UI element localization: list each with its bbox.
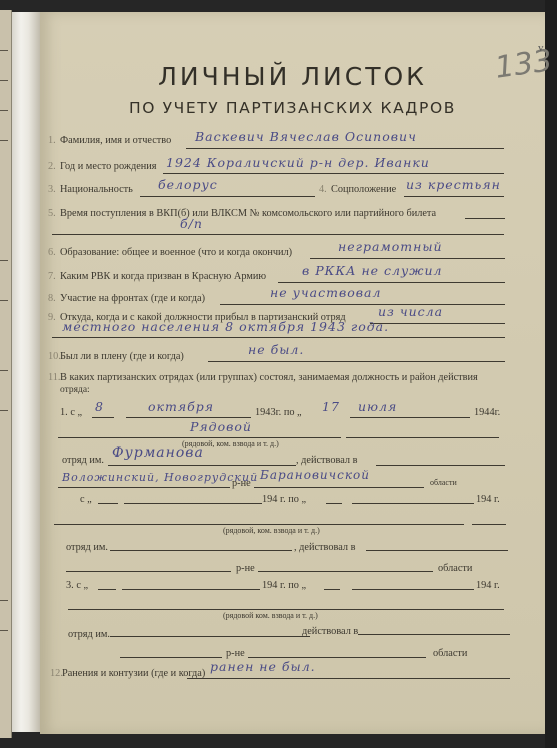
field-nationality-value[interactable]: белорус [158,177,218,192]
unit-3-position-hint: (рядовой ком. взвода и т. д.) [223,611,318,620]
field-arrival-line-1 [370,323,505,324]
unit-3-from-month-line [122,589,260,590]
unit-1-from-year: 1943г. по „ [255,407,302,418]
unit-3-from-year: 194 г. по „ [262,580,306,591]
field-education-line [310,258,505,259]
field-units-label-2: отряда: [60,385,90,395]
unit-1-region-label: области [430,478,457,487]
field-fronts-line [220,304,505,305]
unit-2-district-line [66,571,231,572]
unit-2-to-day-line [326,503,342,504]
unit-1-position-line-2 [346,437,499,438]
unit-1-unit-line [108,465,296,466]
field-conscription-line [278,282,505,283]
unit-2-from-year: 194 г. по „ [262,494,306,505]
unit-3-to-day-line [324,589,340,590]
field-birth-value[interactable]: 1924 Кораличский р-н дер. Иванки [166,155,430,170]
field-wounds-line [187,678,510,679]
document-subtitle: ПО УЧЕТУ ПАРТИЗАНСКИХ КАДРОВ [40,99,545,117]
field-nationality-line [140,196,315,197]
unit-3-region-line [248,657,426,658]
unit-3-district-label: р-не [226,648,245,659]
field-social-label: 4.Соцположение [319,184,396,195]
page-binding [12,12,42,732]
unit-1-unit-name[interactable]: Фурманова [112,445,204,461]
field-conscription-value[interactable]: в РККА не служил [302,263,442,278]
unit-3-from: 3. с „ [66,580,88,591]
field-birth-line [163,173,504,174]
unit-1-from-day-line [92,417,114,418]
unit-2-acted-label: , действовал в [294,542,355,553]
unit-1-from-day[interactable]: 8 [95,399,104,414]
scan-right-edge [545,0,557,748]
unit-1-region-line [254,487,424,488]
field-captivity-line [208,361,505,362]
unit-3-position-line [68,609,504,610]
unit-1-district[interactable]: Воложинский, Новогрудский [62,471,258,484]
unit-1-to-month-line [350,417,470,418]
field-arrival-value-2[interactable]: местного населения 8 октября 1943 года. [62,319,389,334]
field-wounds-label: 12.Ранения и контузии (где и когда) [50,668,205,679]
field-captivity-label: 10.Был ли в плену (где и когда) [48,351,184,362]
field-nationality-label: 3.Национальность [48,184,133,195]
unit-3-district-line [120,657,222,658]
field-social-line [404,196,504,197]
unit-2-region-label: области [438,563,472,574]
field-party-value[interactable]: б/п [180,216,203,231]
unit-2-district-label: р-не [236,563,255,574]
check-mark: v [538,42,544,54]
unit-2-to-year: 194 г. [476,494,500,505]
unit-1-unit-label: отряд им. [62,455,104,466]
unit-2-from-day-line [98,503,118,504]
unit-1-district-label: р-не [232,478,251,489]
unit-2-from: с „ [80,494,92,505]
unit-3-from-day-line [98,589,116,590]
field-education-label: 6.Образование: общее и военное (что и ко… [48,247,292,258]
unit-1-region[interactable]: Барановичской [260,468,370,482]
previous-page-edge [0,10,12,738]
field-social-value[interactable]: из крестьян [406,177,501,192]
field-wounds-value[interactable]: ранен не был. [210,659,316,674]
unit-2-position-hint: (рядовой, ком. взвода и т. д.) [223,526,320,535]
unit-1-to-month[interactable]: июля [358,399,397,414]
field-arrival-value-1[interactable]: из числа [378,304,443,319]
unit-3-unit-label: отряд им. [68,629,110,640]
field-conscription-label: 7.Каким РВК и когда призван в Красную Ар… [48,271,266,282]
unit-2-region-line [258,571,433,572]
unit-1-district-line [58,487,230,488]
field-fronts-value[interactable]: не участвовал [270,285,381,300]
unit-2-unit-label: отряд им. [66,542,108,553]
unit-3-unit-line [110,636,310,637]
unit-2-position-line-2 [472,524,506,525]
field-units-label: 11.В каких партизанских отрядах (или гру… [48,372,478,383]
unit-2-to-month-line [352,503,474,504]
field-name-line [186,148,504,149]
field-party-line-2 [52,234,504,235]
unit-1-position[interactable]: Рядовой [190,419,252,434]
unit-3-acted-line [358,634,510,635]
unit-1-acted-label: , действовал в [296,455,357,466]
field-name-value[interactable]: Васкевич Вячеслав Осипович [195,129,417,144]
field-fronts-label: 8.Участие на фронтах (где и когда) [48,293,205,304]
unit-1-to-year: 1944г. [474,407,500,418]
unit-1-position-line [58,437,341,438]
unit-1-to-day[interactable]: 17 [322,399,340,414]
unit-3-to-year: 194 г. [476,580,500,591]
unit-3-region-label: области [433,648,467,659]
unit-1-from-month[interactable]: октября [148,399,214,414]
unit-2-position-line [54,524,464,525]
unit-2-acted-line [366,550,508,551]
field-captivity-value[interactable]: не был. [248,342,304,357]
unit-1-acted-line [376,465,505,466]
field-party-label: 5.Время поступления в ВКП(б) или ВЛКСМ №… [48,208,436,219]
unit-1-from-month-line [126,417,251,418]
unit-2-unit-line [110,550,292,551]
document-title: ЛИЧНЫЙ ЛИСТОК [40,62,545,91]
document-page: ЛИЧНЫЙ ЛИСТОК ПО УЧЕТУ ПАРТИЗАНСКИХ КАДР… [40,12,545,734]
field-party-line-1 [465,218,505,219]
unit-3-acted-label: действовал в [302,626,358,637]
field-education-value[interactable]: неграмотный [338,239,443,254]
unit-2-from-month-line [124,503,262,504]
unit-3-to-month-line [352,589,474,590]
field-name-label: 1.Фамилия, имя и отчество [48,135,171,146]
unit-1-dates: 1. с „ [60,407,82,418]
field-arrival-line-2 [52,337,505,338]
field-birth-label: 2.Год и место рождения [48,161,157,172]
